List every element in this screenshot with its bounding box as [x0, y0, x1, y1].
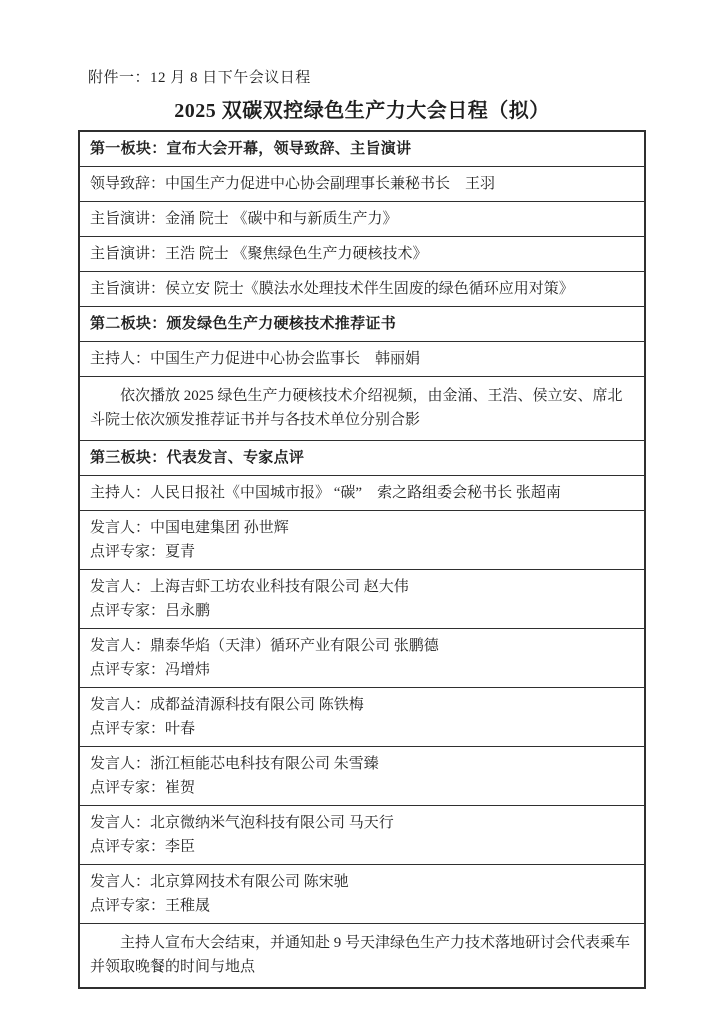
expert-line: 点评专家：李臣 [90, 835, 634, 859]
page-title: 2025 双碳双控绿色生产力大会日程（拟） [78, 94, 646, 123]
speaker-cell: 发言人：成都益清源科技有限公司 陈铁梅 点评专家：叶春 [79, 688, 645, 747]
section-1-header: 第一板块：宣布大会开幕，领导致辞、主旨演讲 [79, 131, 645, 167]
speaker-line: 发言人：上海吉虾工坊农业科技有限公司 赵大伟 [90, 575, 634, 599]
agenda-row-text: 主持人：人民日报社《中国城市报》 “碳” 索之路组委会秘书长 张超南 [79, 476, 645, 511]
agenda-row-text: 主旨演讲：金涌 院士 《碳中和与新质生产力》 [79, 202, 645, 237]
speaker-cell: 发言人：中国电建集团 孙世辉 点评专家：夏青 [79, 511, 645, 570]
agenda-row-text: 主旨演讲：侯立安 院士《膜法水处理技术伴生固废的绿色循环应用对策》 [79, 272, 645, 307]
table-row: 主旨演讲：王浩 院士 《聚焦绿色生产力硬核技术》 [79, 237, 645, 272]
table-row-note: 依次播放 2025 绿色生产力硬核技术介绍视频，由金涌、王浩、侯立安、席北斗院士… [79, 377, 645, 441]
table-row: 发言人：成都益清源科技有限公司 陈铁梅 点评专家：叶春 [79, 688, 645, 747]
speaker-cell: 发言人：浙江桓能芯电科技有限公司 朱雪臻 点评专家：崔贺 [79, 747, 645, 806]
table-row: 主持人：人民日报社《中国城市报》 “碳” 索之路组委会秘书长 张超南 [79, 476, 645, 511]
table-row: 发言人：上海吉虾工坊农业科技有限公司 赵大伟 点评专家：吕永鹏 [79, 570, 645, 629]
expert-line: 点评专家：冯增炜 [90, 658, 634, 682]
attachment-label: 附件一：12 月 8 日下午会议日程 [88, 66, 311, 87]
speaker-cell: 发言人：北京算网技术有限公司 陈宋驰 点评专家：王稚晟 [79, 865, 645, 924]
expert-line: 点评专家：叶春 [90, 717, 634, 741]
table-row: 主旨演讲：金涌 院士 《碳中和与新质生产力》 [79, 202, 645, 237]
table-row: 发言人：北京算网技术有限公司 陈宋驰 点评专家：王稚晟 [79, 865, 645, 924]
expert-line: 点评专家：吕永鹏 [90, 599, 634, 623]
table-row-section-2: 第二板块：颁发绿色生产力硬核技术推荐证书 [79, 307, 645, 342]
table-row: 主旨演讲：侯立安 院士《膜法水处理技术伴生固废的绿色循环应用对策》 [79, 272, 645, 307]
speaker-line: 发言人：成都益清源科技有限公司 陈铁梅 [90, 693, 634, 717]
speaker-line: 发言人：北京算网技术有限公司 陈宋驰 [90, 870, 634, 894]
document-page: 附件一：12 月 8 日下午会议日程 2025 双碳双控绿色生产力大会日程（拟）… [0, 0, 724, 1024]
expert-line: 点评专家：夏青 [90, 540, 634, 564]
expert-line: 点评专家：崔贺 [90, 776, 634, 800]
speaker-line: 发言人：中国电建集团 孙世辉 [90, 516, 634, 540]
table-row-note: 主持人宣布大会结束，并通知赴 9 号天津绿色生产力技术落地研讨会代表乘车并领取晚… [79, 924, 645, 989]
speaker-line: 发言人：鼎泰华焰（天津）循环产业有限公司 张鹏德 [90, 634, 634, 658]
table-row: 发言人：浙江桓能芯电科技有限公司 朱雪臻 点评专家：崔贺 [79, 747, 645, 806]
agenda-table: 第一板块：宣布大会开幕，领导致辞、主旨演讲 领导致辞：中国生产力促进中心协会副理… [78, 130, 646, 989]
section-3-header: 第三板块：代表发言、专家点评 [79, 441, 645, 476]
note-text: 依次播放 2025 绿色生产力硬核技术介绍视频，由金涌、王浩、侯立安、席北斗院士… [90, 384, 632, 432]
agenda-row-text: 主持人：中国生产力促进中心协会监事长 韩丽娟 [79, 342, 645, 377]
note-cell: 依次播放 2025 绿色生产力硬核技术介绍视频，由金涌、王浩、侯立安、席北斗院士… [79, 377, 645, 441]
table-row: 发言人：中国电建集团 孙世辉 点评专家：夏青 [79, 511, 645, 570]
agenda-row-text: 领导致辞：中国生产力促进中心协会副理事长兼秘书长 王羽 [79, 167, 645, 202]
table-row: 主持人：中国生产力促进中心协会监事长 韩丽娟 [79, 342, 645, 377]
note-text: 主持人宣布大会结束，并通知赴 9 号天津绿色生产力技术落地研讨会代表乘车并领取晚… [90, 931, 632, 979]
table-row: 发言人：北京微纳米气泡科技有限公司 马天行 点评专家：李臣 [79, 806, 645, 865]
speaker-line: 发言人：北京微纳米气泡科技有限公司 马天行 [90, 811, 634, 835]
agenda-row-text: 主旨演讲：王浩 院士 《聚焦绿色生产力硬核技术》 [79, 237, 645, 272]
section-2-header: 第二板块：颁发绿色生产力硬核技术推荐证书 [79, 307, 645, 342]
table-row-section-1: 第一板块：宣布大会开幕，领导致辞、主旨演讲 [79, 131, 645, 167]
table-row: 领导致辞：中国生产力促进中心协会副理事长兼秘书长 王羽 [79, 167, 645, 202]
expert-line: 点评专家：王稚晟 [90, 894, 634, 918]
table-row-section-3: 第三板块：代表发言、专家点评 [79, 441, 645, 476]
speaker-cell: 发言人：上海吉虾工坊农业科技有限公司 赵大伟 点评专家：吕永鹏 [79, 570, 645, 629]
speaker-cell: 发言人：鼎泰华焰（天津）循环产业有限公司 张鹏德 点评专家：冯增炜 [79, 629, 645, 688]
table-row: 发言人：鼎泰华焰（天津）循环产业有限公司 张鹏德 点评专家：冯增炜 [79, 629, 645, 688]
note-cell: 主持人宣布大会结束，并通知赴 9 号天津绿色生产力技术落地研讨会代表乘车并领取晚… [79, 924, 645, 989]
speaker-cell: 发言人：北京微纳米气泡科技有限公司 马天行 点评专家：李臣 [79, 806, 645, 865]
speaker-line: 发言人：浙江桓能芯电科技有限公司 朱雪臻 [90, 752, 634, 776]
